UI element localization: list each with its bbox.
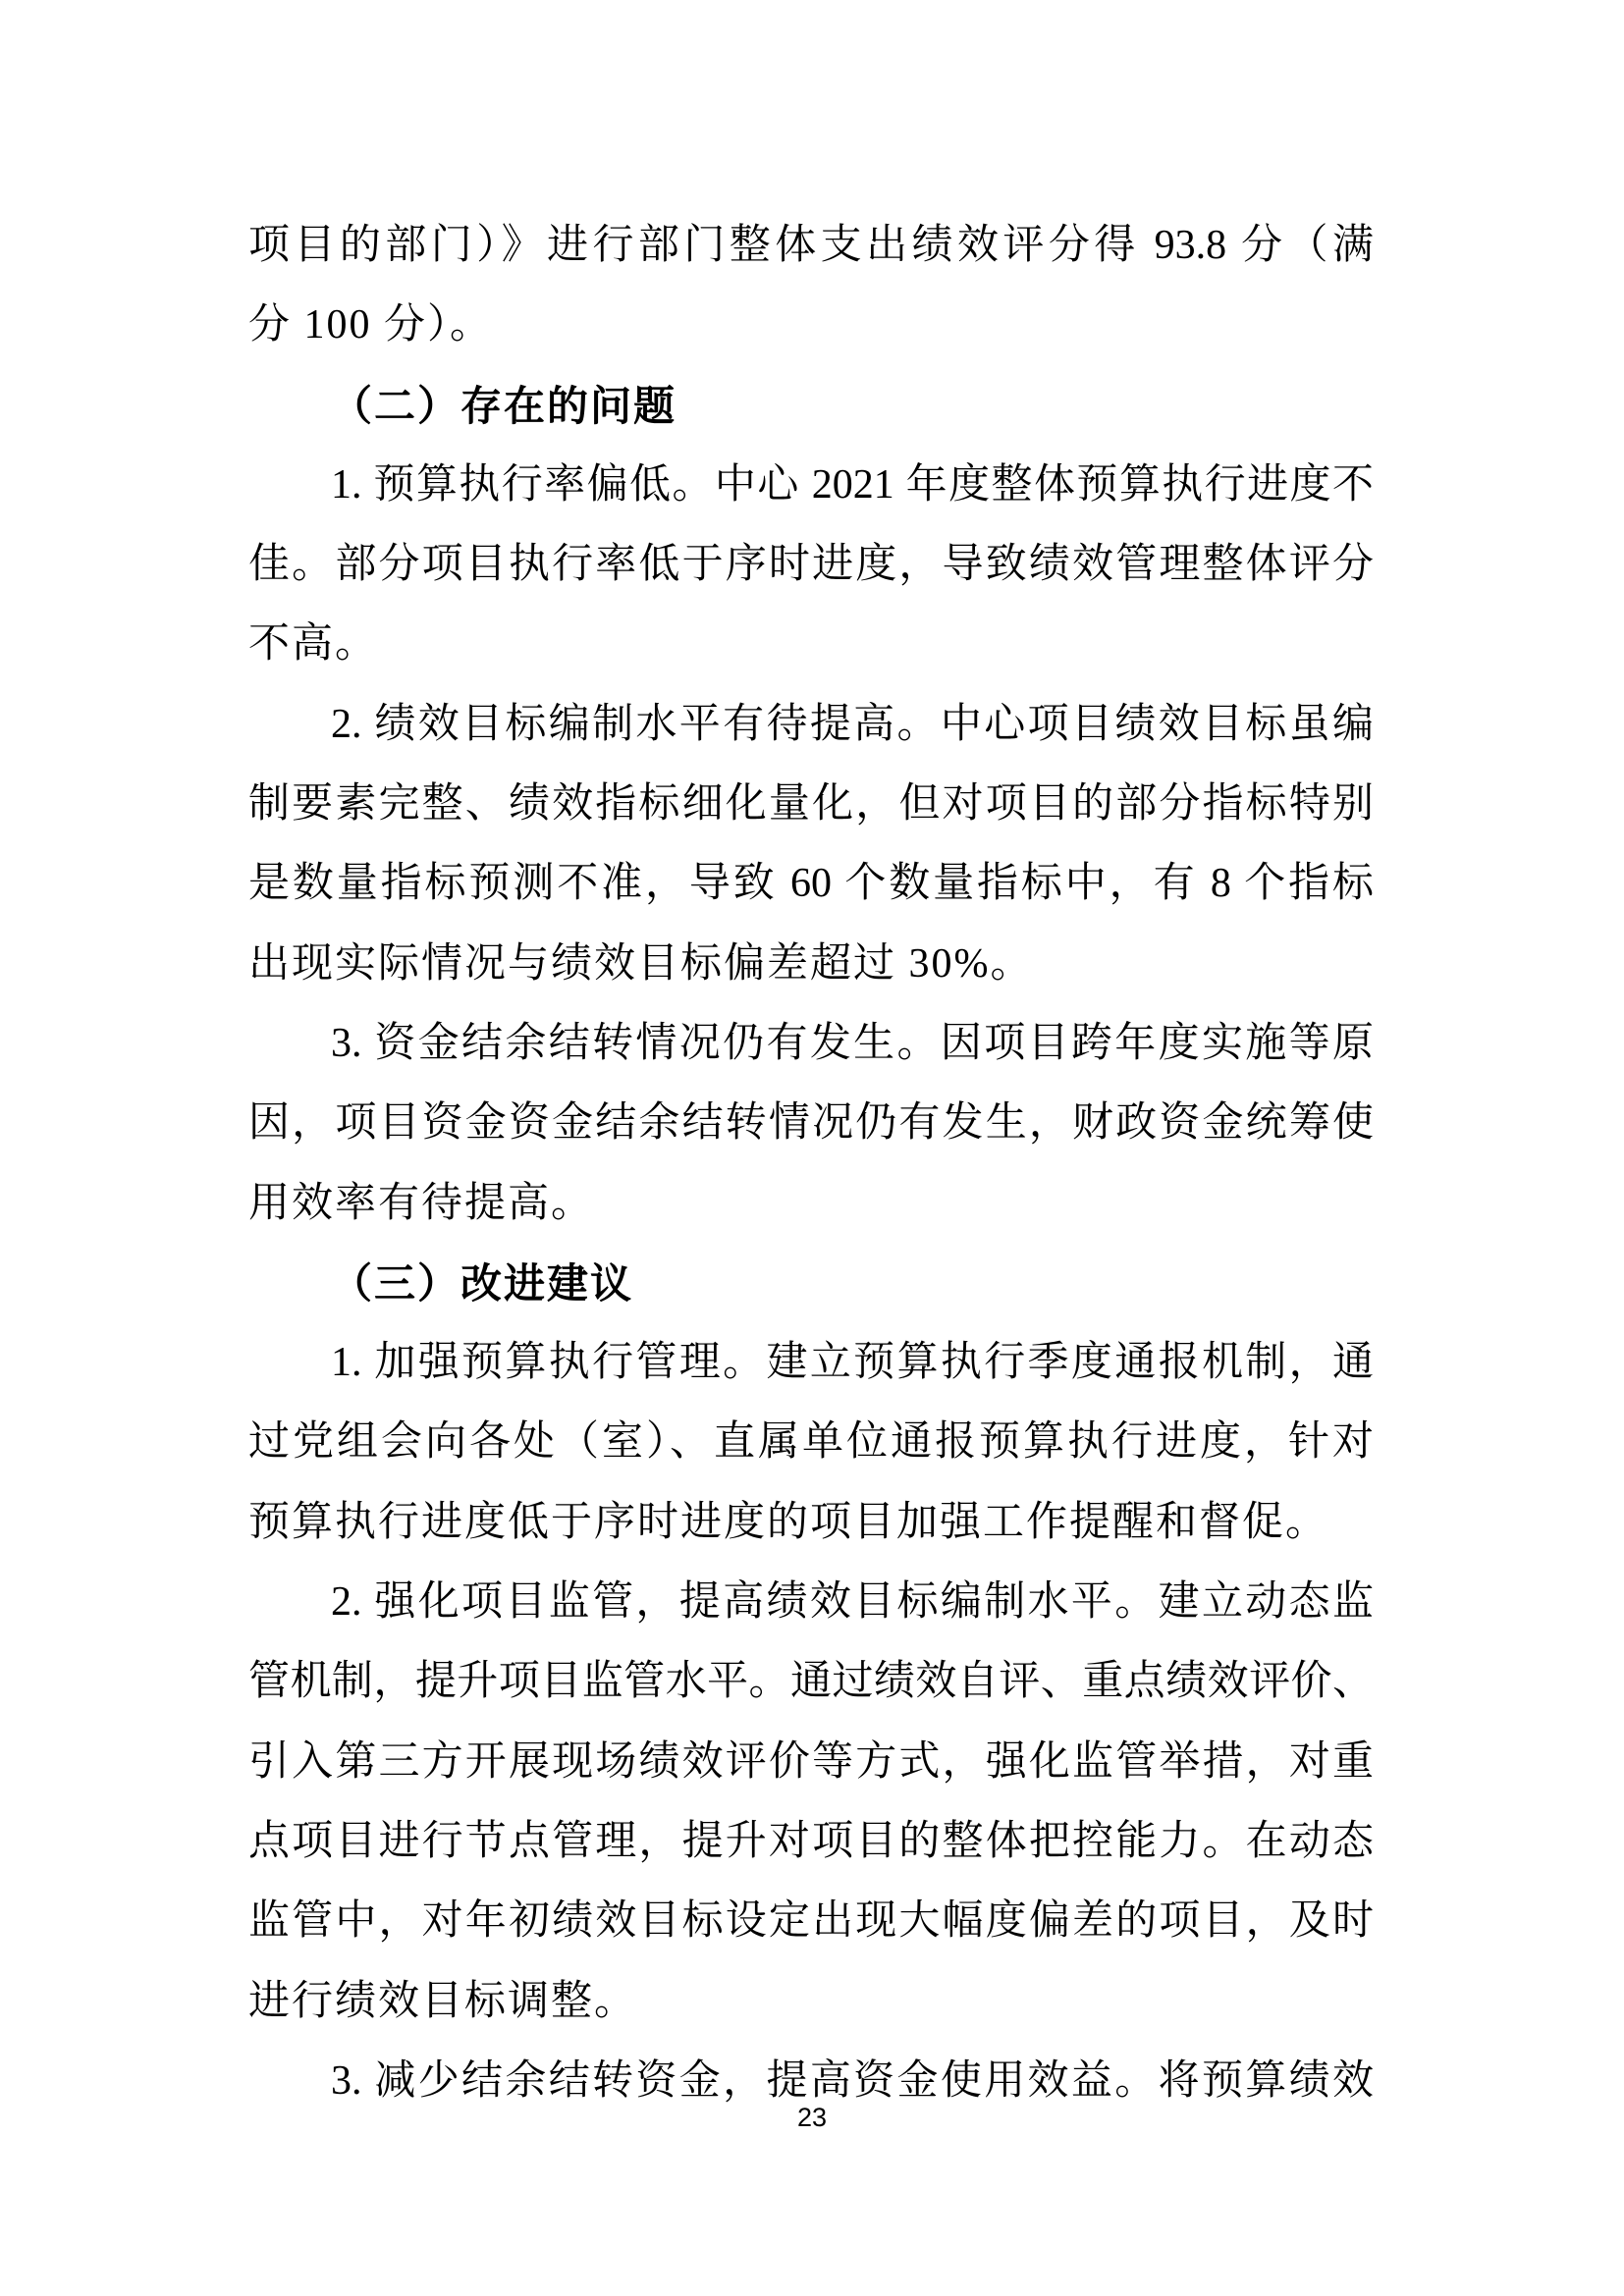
section-heading: （三）改进建议 (248, 1244, 1374, 1323)
text-line: 出现实际情况与绩效目标偏差超过 30%。 (248, 925, 1374, 1004)
text-line: 制要素完整、绩效指标细化量化，但对项目的部分指标特别 (248, 765, 1374, 844)
text-line: 是数量指标预测不准，导致 60 个数量指标中，有 8 个指标 (248, 844, 1374, 924)
text-line: 2. 强化项目监管，提高绩效目标编制水平。建立动态监 (248, 1563, 1374, 1642)
text-line: 进行绩效目标调整。 (248, 1962, 1374, 2042)
document-page: 项目的部门）》进行部门整体支出绩效评分得 93.8 分（满分 100 分）。（二… (0, 0, 1624, 2296)
text-line: 点项目进行节点管理，提升对项目的整体把控能力。在动态 (248, 1802, 1374, 1882)
text-line: 1. 预算执行率偏低。中心 2021 年度整体预算执行进度不 (248, 446, 1374, 525)
text-line: 1. 加强预算执行管理。建立预算执行季度通报机制，通 (248, 1323, 1374, 1403)
text-line: 用效率有待提高。 (248, 1164, 1374, 1244)
text-line: 引入第三方开展现场绩效评价等方式，强化监管举措，对重 (248, 1723, 1374, 1802)
text-line: 监管中，对年初绩效目标设定出现大幅度偏差的项目，及时 (248, 1882, 1374, 1961)
text-line: 3. 资金结余结转情况仍有发生。因项目跨年度实施等原 (248, 1004, 1374, 1084)
text-line: 2. 绩效目标编制水平有待提高。中心项目绩效目标虽编 (248, 685, 1374, 765)
text-line: 预算执行进度低于序时进度的项目加强工作提醒和督促。 (248, 1483, 1374, 1563)
text-line: 不高。 (248, 605, 1374, 684)
section-heading: （二）存在的问题 (248, 366, 1374, 446)
text-line: 过党组会向各处（室）、直属单位通报预算执行进度，针对 (248, 1403, 1374, 1482)
text-line: 因，项目资金资金结余结转情况仍有发生，财政资金统筹使 (248, 1084, 1374, 1163)
text-line: 佳。部分项目执行率低于序时进度，导致绩效管理整体评分 (248, 525, 1374, 605)
text-line: 管机制，提升项目监管水平。通过绩效自评、重点绩效评价、 (248, 1642, 1374, 1722)
text-line: 项目的部门）》进行部门整体支出绩效评分得 93.8 分（满 (248, 206, 1374, 286)
page-number: 23 (0, 2103, 1624, 2132)
document-body: 项目的部门）》进行部门整体支出绩效评分得 93.8 分（满分 100 分）。（二… (248, 206, 1374, 2121)
text-line: 分 100 分）。 (248, 286, 1374, 365)
